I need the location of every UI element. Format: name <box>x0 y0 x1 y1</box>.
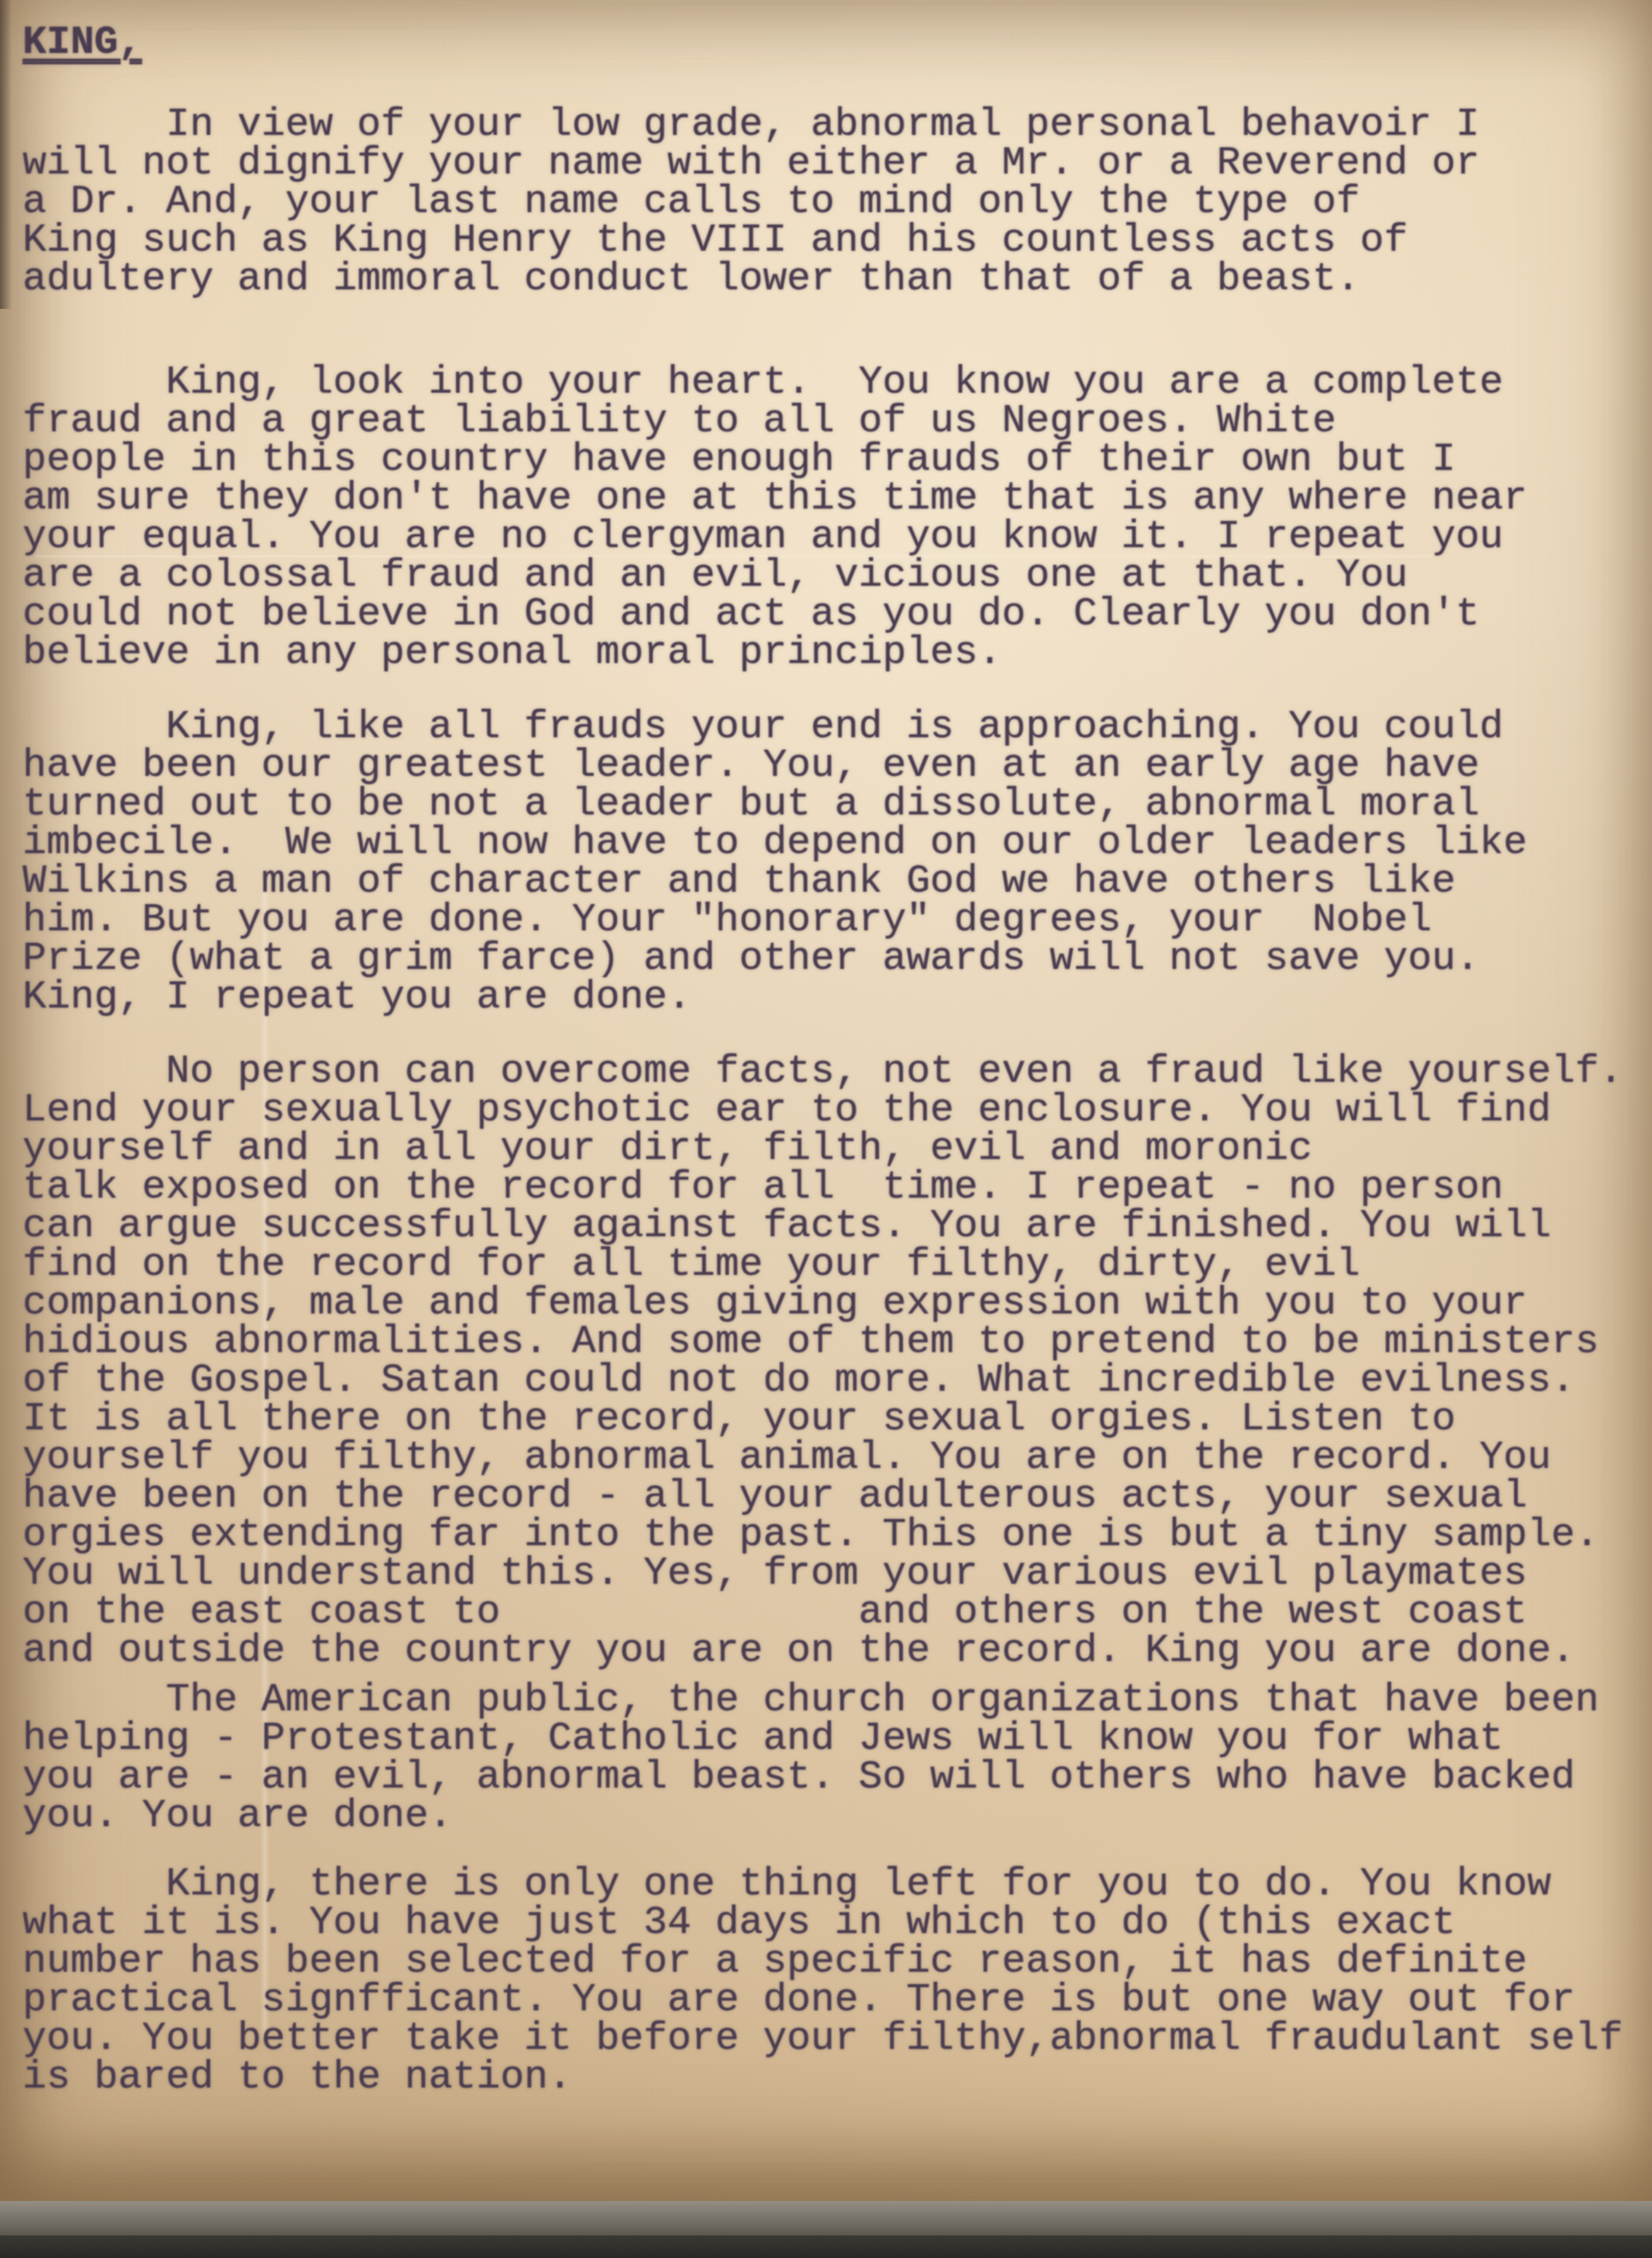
frame-edge-dark <box>0 2235 1652 2258</box>
frame-edge-light <box>0 2201 1652 2235</box>
letter-body: KING, In view of your low grade, abnorma… <box>0 0 1652 2201</box>
letter-paragraph-2: King, look into your heart. You know you… <box>23 364 1640 672</box>
letter-paragraph-1: In view of your low grade, abnormal pers… <box>23 106 1640 299</box>
letter-paragraph-3: King, like all frauds your end is approa… <box>23 708 1640 1017</box>
letter-paragraph-5: The American public, the church organiza… <box>23 1681 1640 1836</box>
letter-salutation: KING, <box>23 24 142 62</box>
letter-paragraph-6: King, there is only one thing left for y… <box>23 1865 1640 2097</box>
letter-page: KING, In view of your low grade, abnorma… <box>0 0 1652 2201</box>
letter-paragraph-4: No person can overcome facts, not even a… <box>23 1053 1640 1670</box>
letter-photo: KING, In view of your low grade, abnorma… <box>0 0 1652 2258</box>
